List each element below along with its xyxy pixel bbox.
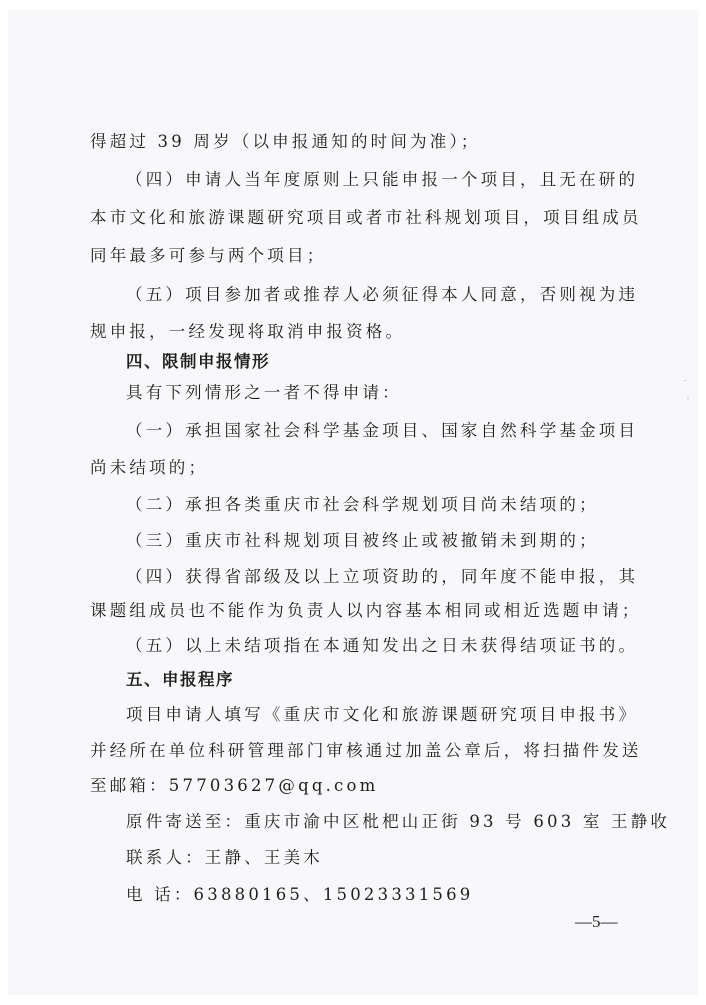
restrictions-intro: 具有下列情形之一者不得申请： [126,382,671,404]
section-heading-restrictions: 四、限制申报情形 [126,351,671,373]
restriction-item-4: （四）获得省部级及以上立项资助的，同年度不能申报，其 [126,566,671,588]
body-line: 课题组成员也不能作为负责人以内容基本相同或相近选题申请； [90,600,635,622]
restriction-item-2: （二）承担各类重庆市社会科学规划项目尚未结项的； [126,494,671,516]
restriction-item-1: （一）承担国家社会科学基金项目、国家自然科学基金项目 [126,420,671,442]
body-line: 尚未结项的； [90,457,635,479]
clause-4-applicant-limit: （四）申请人当年度原则上只能申报一个项目，且无在研的 [126,169,671,191]
body-line-continuation-age: 得超过 39 周岁（以申报通知的时间为准）； [90,131,635,153]
procedure-paragraph: 项目申请人填写《重庆市文化和旅游课题研究项目申报书》 [126,704,671,726]
section-heading-procedure: 五、申报程序 [126,669,671,691]
body-line: 并经所在单位科研管理部门审核通过加盖公章后，将扫描件发送 [90,740,635,762]
page-number: —5— [575,912,618,932]
mailing-address: 原件寄送至：重庆市渝中区枇杷山正街 93 号 603 室 王静收 [126,811,671,833]
contact-persons: 联系人：王静、王美木 [126,847,671,869]
body-line: 本市文化和旅游课题研究项目或者市社科规划项目，项目组成员 [90,207,635,229]
restriction-item-3: （三）重庆市社科规划项目被终止或被撤销未到期的； [126,530,671,552]
scan-speck [684,380,686,381]
document-page: 得超过 39 周岁（以申报通知的时间为准）； （四）申请人当年度原则上只能申报一… [8,10,698,995]
contact-phone: 电 话：63880165、15023331569 [126,884,671,906]
restriction-item-5: （五）以上未结项指在本通知发出之日未获得结项证书的。 [126,635,671,657]
clause-5-consent: （五）项目参加者或推荐人必须征得本人同意，否则视为违 [126,284,671,306]
body-line: 同年最多可参与两个项目； [90,245,635,267]
submission-email: 至邮箱：57703627@qq.com [90,775,635,797]
body-line: 规申报，一经发现将取消申报资格。 [90,321,635,343]
scan-speck [687,398,689,399]
